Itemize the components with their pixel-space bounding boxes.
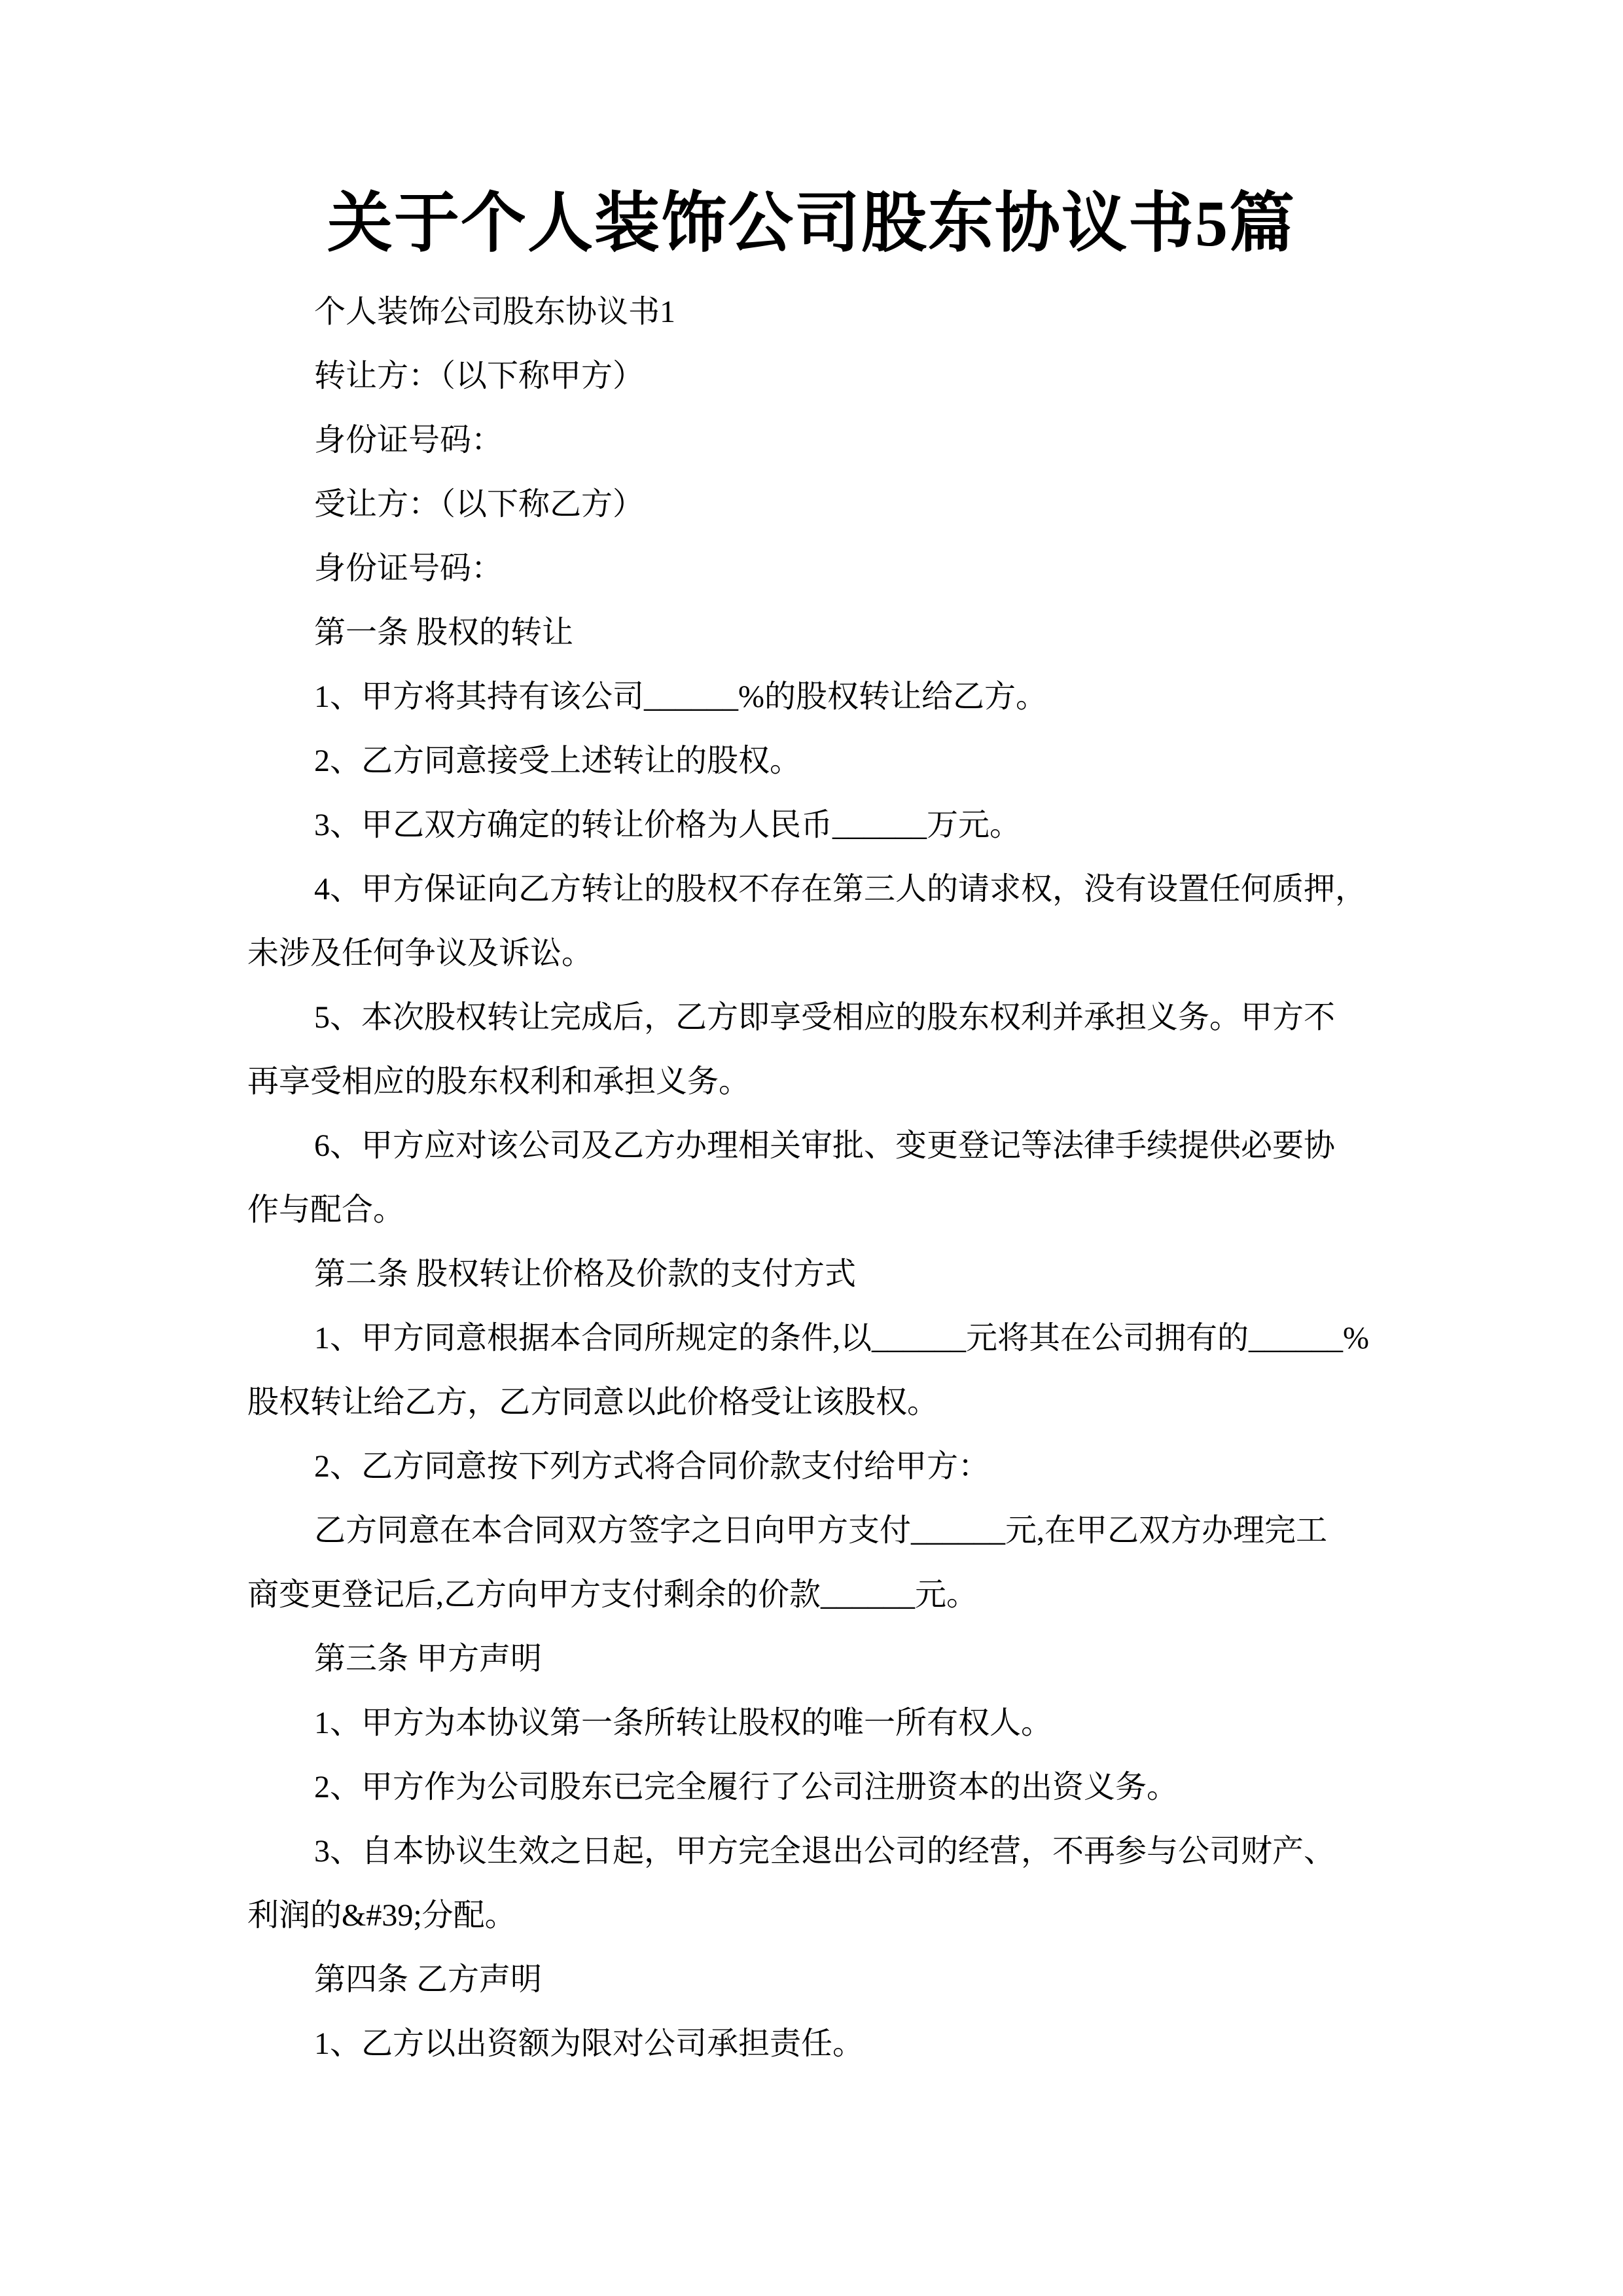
text-line: 1、甲方将其持有该公司______%的股权转让给乙方。 — [247, 665, 1524, 729]
text-line: 3、甲乙双方确定的转让价格为人民币______万元。 — [247, 793, 1524, 857]
text-line: 2、乙方同意接受上述转让的股权。 — [247, 729, 1524, 793]
text-line: 1、乙方以出资额为限对公司承担责任。 — [247, 2012, 1524, 2076]
text-line: 作与配合。 — [247, 1178, 1524, 1242]
text-line: 第一条 股权的转让 — [247, 601, 1524, 665]
text-line: 转让方：（以下称甲方） — [247, 344, 1524, 408]
text-line: 第三条 甲方声明 — [247, 1627, 1524, 1691]
text-line: 再享受相应的股东权利和承担义务。 — [247, 1050, 1524, 1114]
text-line: 1、甲方同意根据本合同所规定的条件,以______元将其在公司拥有的______… — [247, 1306, 1524, 1371]
text-line: 身份证号码： — [247, 408, 1524, 473]
text-line: 第二条 股权转让价格及价款的支付方式 — [247, 1242, 1524, 1306]
text-line: 第四条 乙方声明 — [247, 1948, 1524, 2012]
text-line: 4、甲方保证向乙方转让的股权不存在第三人的请求权，没有设置任何质押， — [247, 857, 1524, 922]
text-line: 商变更登记后,乙方向甲方支付剩余的价款______元。 — [247, 1563, 1524, 1627]
text-line: 2、甲方作为公司股东已完全履行了公司注册资本的出资义务。 — [247, 1755, 1524, 1820]
text-line: 身份证号码： — [247, 537, 1524, 601]
document-body: 个人装饰公司股东协议书1转让方：（以下称甲方）身份证号码：受让方：（以下称乙方）… — [247, 280, 1524, 2076]
text-line: 5、本次股权转让完成后，乙方即享受相应的股东权利并承担义务。甲方不 — [247, 986, 1524, 1050]
document-title: 关于个人装饰公司股东协议书5篇 — [0, 178, 1623, 270]
text-line: 2、乙方同意按下列方式将合同价款支付给甲方： — [247, 1435, 1524, 1499]
text-line: 受让方：（以下称乙方） — [247, 473, 1524, 537]
text-line: 股权转让给乙方，乙方同意以此价格受让该股权。 — [247, 1371, 1524, 1435]
text-line: 1、甲方为本协议第一条所转让股权的唯一所有权人。 — [247, 1691, 1524, 1755]
text-line: 未涉及任何争议及诉讼。 — [247, 922, 1524, 986]
text-line: 乙方同意在本合同双方签字之日向甲方支付______元,在甲乙双方办理完工 — [247, 1499, 1524, 1563]
text-line: 利润的&#39;分配。 — [247, 1884, 1524, 1948]
text-line: 6、甲方应对该公司及乙方办理相关审批、变更登记等法律手续提供必要协 — [247, 1114, 1524, 1178]
document-page: 关于个人装饰公司股东协议书5篇 个人装饰公司股东协议书1转让方：（以下称甲方）身… — [0, 0, 1623, 2296]
text-line: 个人装饰公司股东协议书1 — [247, 280, 1524, 344]
text-line: 3、自本协议生效之日起，甲方完全退出公司的经营，不再参与公司财产、 — [247, 1820, 1524, 1884]
